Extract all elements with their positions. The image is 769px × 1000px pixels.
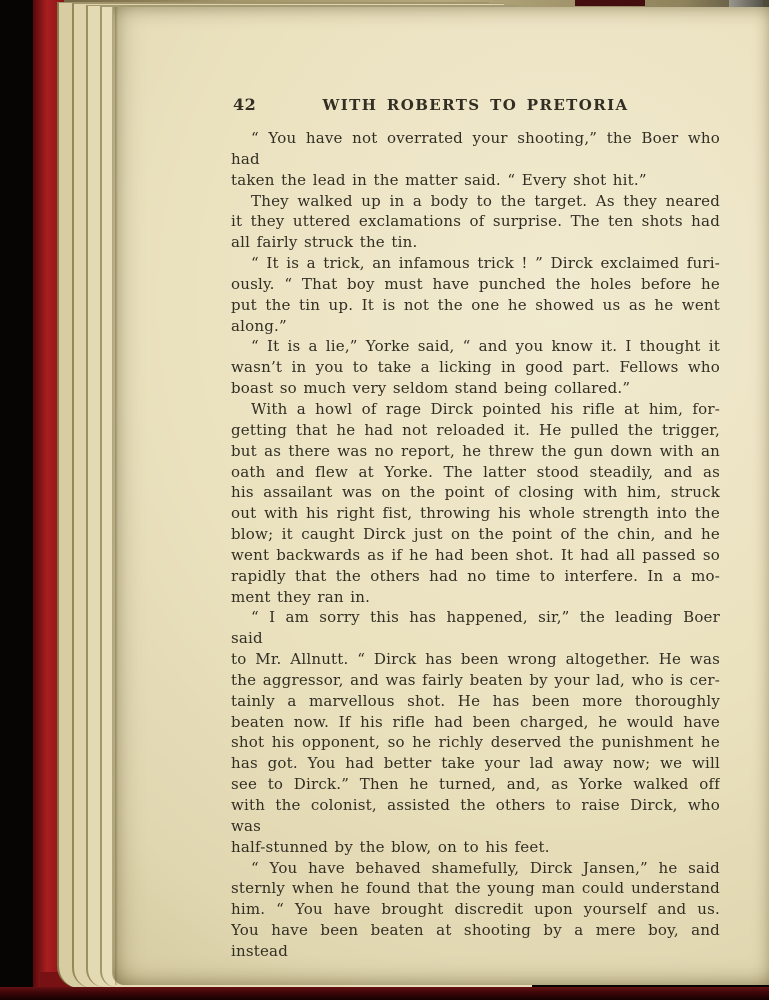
paragraph: “ You have behaved shamefully, Dirck Jan… [231, 858, 720, 962]
paragraph: “ I am sorry this has happened, sir,” th… [231, 607, 720, 857]
text-line: They walked up in a body to the target. … [231, 191, 720, 212]
text-line: went backwards as if he had been shot. I… [231, 545, 720, 566]
text-line: beaten now. If his rifle had been charge… [231, 712, 720, 733]
text-line: blow; it caught Dirck just on the point … [231, 524, 720, 545]
text-line: “ It is a lie,” Yorke said, “ and you kn… [231, 336, 720, 357]
text-line: “ I am sorry this has happened, sir,” th… [231, 607, 720, 649]
text-line: put the tin up. It is not the one he sho… [231, 295, 720, 316]
paragraph: With a howl of rage Dirck pointed his ri… [231, 399, 720, 607]
text-line: it they uttered exclamations of surprise… [231, 211, 720, 232]
text-line: half-stunned by the blow, on to his feet… [231, 837, 720, 858]
text-line: taken the lead in the matter said. “ Eve… [231, 170, 720, 191]
book-page: 42 WITH ROBERTS TO PRETORIA “ You have n… [112, 7, 769, 985]
text-line: You have been beaten at shooting by a me… [231, 920, 720, 962]
running-title: WITH ROBERTS TO PRETORIA [231, 96, 720, 114]
text-line: to Mr. Allnutt. “ Dirck has been wrong a… [231, 649, 720, 670]
text-line: with the colonist, assisted the others t… [231, 795, 720, 837]
text-line: the aggressor, and was fairly beaten by … [231, 670, 720, 691]
text-line: ment they ran in. [231, 587, 720, 608]
book-photo: 42 WITH ROBERTS TO PRETORIA “ You have n… [0, 0, 769, 1000]
page-crease [115, 7, 118, 985]
top-edge-glint [729, 0, 763, 7]
text-line: but as there was no report, he threw the… [231, 441, 720, 462]
body-text: “ You have not overrated your shooting,”… [231, 128, 720, 962]
text-line: boast so much very seldom stand being co… [231, 378, 720, 399]
text-line: ously. “ That boy must have punched the … [231, 274, 720, 295]
page-header: 42 WITH ROBERTS TO PRETORIA [231, 95, 720, 115]
text-line: his assailant was on the point of closin… [231, 482, 720, 503]
text-line: out with his right fist, throwing his wh… [231, 503, 720, 524]
text-line: With a howl of rage Dirck pointed his ri… [231, 399, 720, 420]
text-line: wasn’t in you to take a licking in good … [231, 357, 720, 378]
text-line: rapidly that the others had no time to i… [231, 566, 720, 587]
text-line: see to Dirck.” Then he turned, and, as Y… [231, 774, 720, 795]
text-line: him. “ You have brought discredit upon y… [231, 899, 720, 920]
text-line: along.” [231, 316, 720, 337]
text-line: has got. You had better take your lad aw… [231, 753, 720, 774]
text-line: “ You have not overrated your shooting,”… [231, 128, 720, 170]
text-line: “ It is a trick, an infamous trick ! ” D… [231, 253, 720, 274]
text-line: “ You have behaved shamefully, Dirck Jan… [231, 858, 720, 879]
paragraph: “ It is a trick, an infamous trick ! ” D… [231, 253, 720, 336]
text-line: shot his opponent, so he richly deserved… [231, 732, 720, 753]
top-edge-shadow [575, 0, 645, 6]
paragraph: They walked up in a body to the target. … [231, 191, 720, 254]
text-line: all fairly struck the tin. [231, 232, 720, 253]
book-cover-bottom [0, 987, 769, 1000]
text-line: sternly when he found that the young man… [231, 878, 720, 899]
paragraph: “ You have not overrated your shooting,”… [231, 128, 720, 191]
paragraph: “ It is a lie,” Yorke said, “ and you kn… [231, 336, 720, 399]
text-line: tainly a marvellous shot. He has been mo… [231, 691, 720, 712]
text-line: oath and flew at Yorke. The latter stood… [231, 462, 720, 483]
text-line: getting that he had not reloaded it. He … [231, 420, 720, 441]
